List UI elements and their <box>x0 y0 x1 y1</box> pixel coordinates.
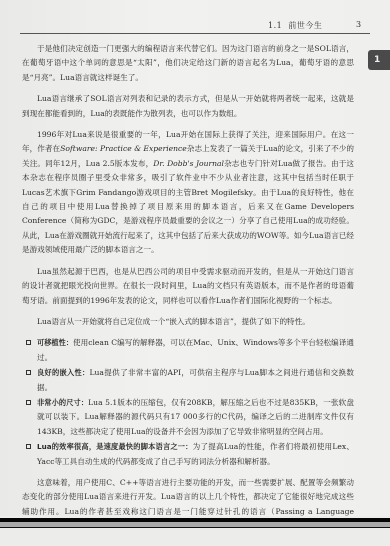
paragraph: Lua虽然起源于巴西，也是从巴西公司的项目中受需求驱动而开发的，但是从一开始这门… <box>22 265 354 308</box>
section-number: 1.1 <box>268 21 282 30</box>
feature-term: 非常小的尺寸： <box>37 398 88 407</box>
chapter-number: 1 <box>374 55 380 65</box>
journal-title: Software: Practice & Experience <box>60 144 187 153</box>
feature-item: 可移植性：使用clean C编写的解释器，可以在Mac、Unix、Windows… <box>22 336 354 365</box>
paragraph-text: 杂志也专门针对Lua做了报告。由于这本杂志在程序员圈子里受众非常多，吸引了软件业… <box>22 159 354 254</box>
feature-item: Lua的效率很高，是速度最快的脚本语言之一：为了提高Lua的性能，作者们将最初使… <box>22 440 354 469</box>
checkbox-bullet-icon <box>26 444 31 449</box>
paragraph: 1996年对Lua来说是很重要的一年，Lua开始在国际上获得了关注，迎来国际用户… <box>22 128 354 258</box>
feature-term: 可移植性： <box>37 338 73 347</box>
running-header: 1.1 前世今生 3 <box>262 20 372 32</box>
section-title: 前世今生 <box>288 21 322 30</box>
chapter-tab: 1 <box>368 50 390 70</box>
header-rule <box>20 33 370 34</box>
book-page: 1.1 前世今生 3 1 于是他们决定创造一门更强大的编程语言来代替它们。因为这… <box>0 0 390 516</box>
feature-term: 良好的嵌入性： <box>37 368 90 377</box>
feature-item: 良好的嵌入性：Lua提供了非常丰富的API，可供宿主程序与Lua脚本之间进行通信… <box>22 366 354 395</box>
next-page-edge <box>0 528 390 546</box>
page-body: 于是他们决定创造一门更强大的编程语言来代替它们。因为这门语言的前身之一是SOL语… <box>22 42 354 541</box>
page-number: 3 <box>356 20 362 29</box>
checkbox-bullet-icon <box>26 400 31 405</box>
feature-term: Lua的效率很高，是速度最快的脚本语言之一： <box>37 442 193 451</box>
checkbox-bullet-icon <box>26 340 31 345</box>
journal-title: Dr. Dobb's Journal <box>153 159 224 168</box>
checkbox-bullet-icon <box>26 370 31 375</box>
paragraph: 于是他们决定创造一门更强大的编程语言来代替它们。因为这门语言的前身之一是SOL语… <box>22 42 354 85</box>
paragraph: Lua语言从一开始就将自己定位成一个“嵌入式的脚本语言”，提供了如下的特性。 <box>22 315 354 329</box>
feature-text: 使用clean C编写的解释器，可以在Mac、Unix、Windows等多个平台… <box>37 338 354 361</box>
section-heading: 1.1 前世今生 <box>268 20 322 31</box>
feature-item: 非常小的尺寸：Lua 5.1版本的压缩包，仅有208KB，解压缩之后也不过是83… <box>22 396 354 439</box>
paragraph: Lua语言继承了SOL语言对列表和记录的表示方式，但是从一开始就将两者统一起来，… <box>22 92 354 121</box>
feature-list: 可移植性：使用clean C编写的解释器，可以在Mac、Unix、Windows… <box>22 336 354 469</box>
